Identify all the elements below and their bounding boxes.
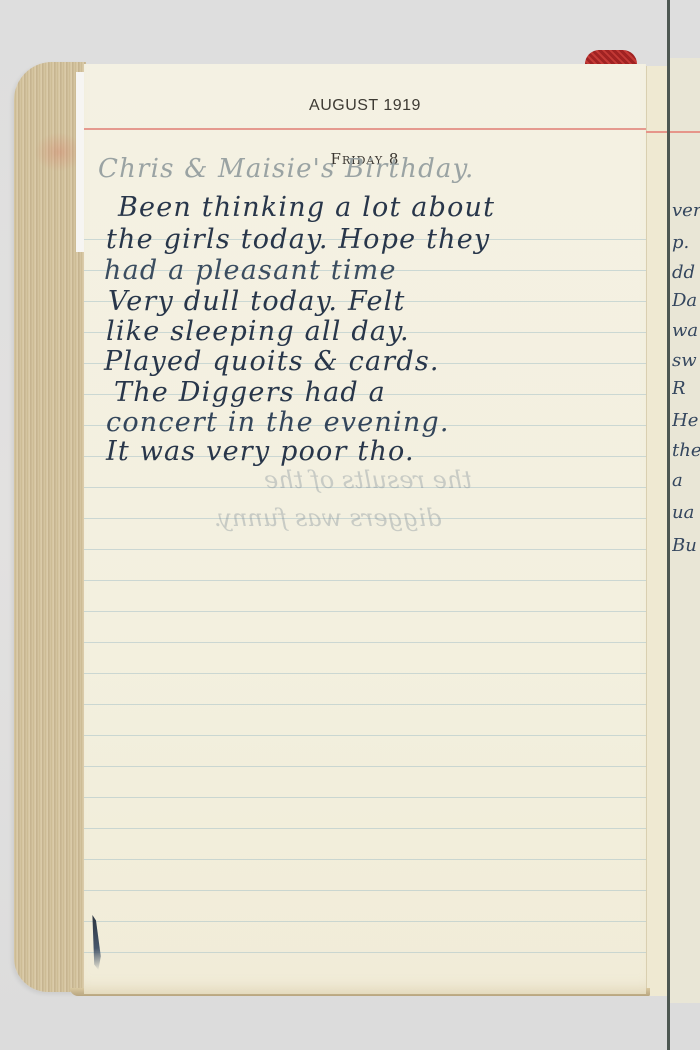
entry-line: Played quoits & cards. — [104, 346, 440, 377]
bleed-through-text: the results of the — [264, 466, 472, 494]
facing-page-edge — [646, 66, 669, 996]
glass-edge-line — [667, 0, 670, 1050]
entry-line: Been thinking a lot about — [118, 192, 495, 223]
facing-page-text: He — [672, 410, 700, 431]
entry-line: like sleeping all day. — [106, 316, 410, 347]
facing-page-text: very — [672, 200, 700, 221]
facing-page-text: the — [672, 440, 700, 461]
diary-page: AUGUST 1919 Friday 8 Chris & Maisie's Bi… — [84, 64, 646, 994]
facing-page-text: Bu — [672, 535, 700, 556]
facing-page-text: Da — [672, 290, 700, 311]
facing-page-text: p. — [672, 232, 700, 253]
facing-page-text: dd — [672, 262, 700, 283]
red-header-rule — [84, 128, 646, 130]
facing-page-red-rule — [646, 131, 700, 133]
facing-page-text: sw — [672, 350, 700, 371]
entry-line: Very dull today. Felt — [108, 286, 406, 317]
facing-page-text: ua — [672, 502, 700, 523]
entry-line: the girls today. Hope they — [106, 224, 490, 255]
entry-line: It was very poor tho. — [106, 436, 415, 467]
entry-line: The Diggers had a — [114, 377, 386, 408]
facing-page-text: R — [672, 378, 700, 399]
month-year-header: AUGUST 1919 — [84, 97, 646, 115]
entry-line: concert in the evening. — [106, 407, 450, 438]
bleed-through-text: diggers was funny. — [214, 504, 441, 532]
entry-title-line: Chris & Maisie's Birthday. — [98, 154, 475, 184]
facing-page-text: wa — [672, 320, 700, 341]
facing-page-text: a — [672, 470, 700, 491]
diary-photo: very p. dd Da wa sw R He the a ua Bu — [0, 0, 700, 1050]
entry-line: had a pleasant time — [104, 255, 397, 286]
